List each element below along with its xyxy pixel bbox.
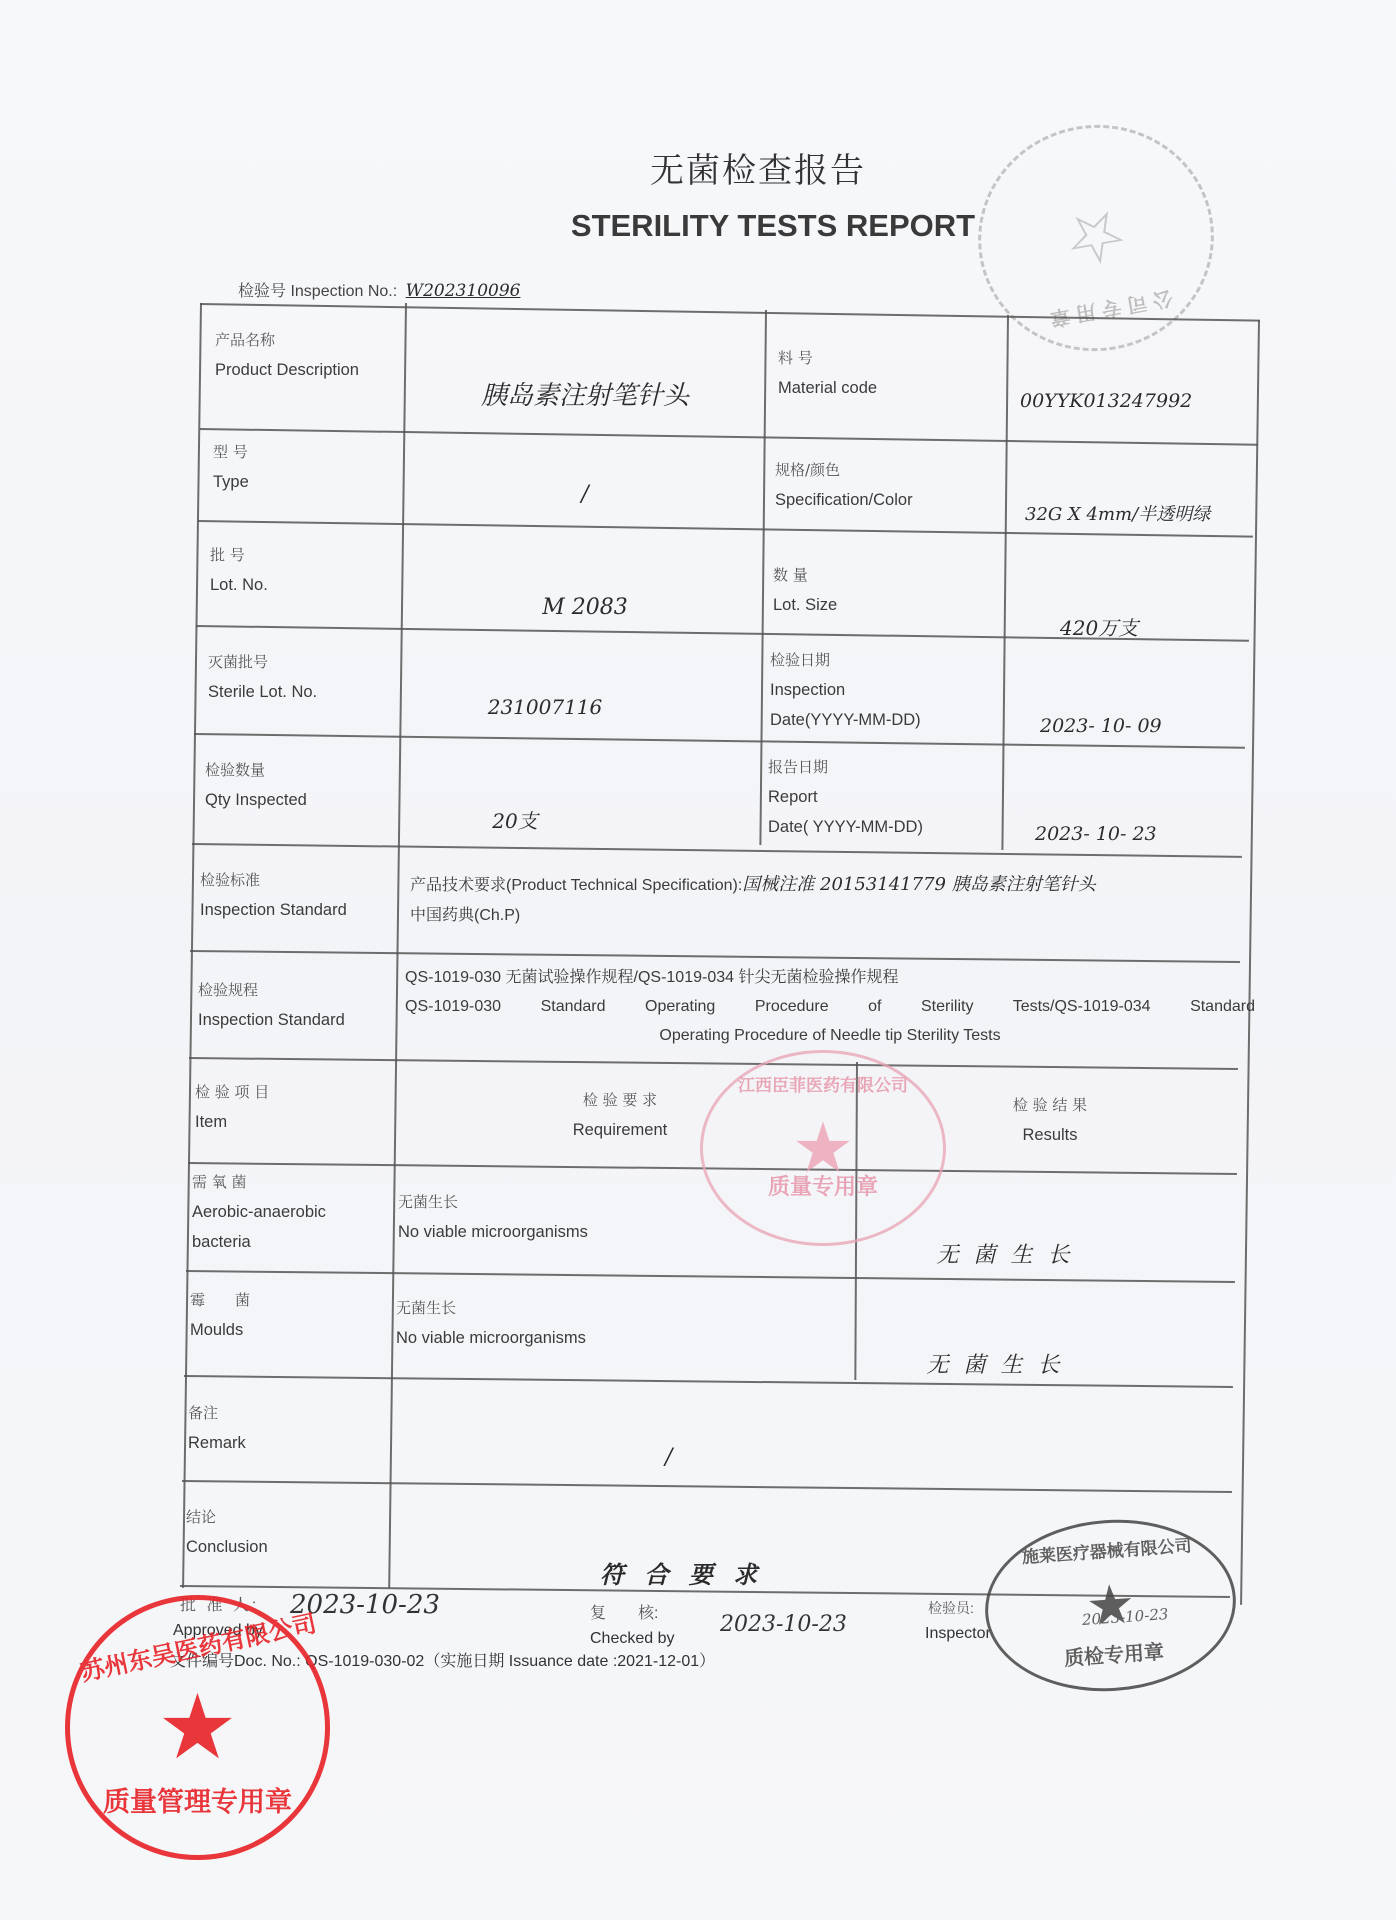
inspection-date-label: 检验日期 Inspection Date(YYYY-MM-DD)	[770, 645, 921, 735]
inspection-standard-label: 检验标准 Inspection Standard	[200, 865, 347, 925]
star-icon: ★	[157, 1683, 238, 1773]
type-value: /	[410, 482, 760, 507]
material-code-value: 00YYK013247992	[1020, 390, 1192, 412]
table-row-requirement: 无菌生长 No viable microorganisms	[398, 1187, 588, 1247]
item-header: 检 验 项 目 Item	[195, 1077, 269, 1137]
lot-size-label: 数 量 Lot. Size	[773, 560, 837, 620]
table-row-result: 无 菌 生 长	[870, 1348, 1120, 1379]
sterile-lot-no-label: 灭菌批号 Sterile Lot. No.	[208, 647, 317, 707]
product-description-value: 胰岛素注射笔针头	[410, 375, 760, 412]
inspection-date-value: 2023- 10- 09	[1040, 715, 1162, 737]
checked-by-signature: 2023-10-23	[720, 1612, 847, 1637]
checked-by-en: Checked by	[590, 1630, 675, 1648]
type-label: 型 号 Type	[213, 437, 249, 497]
document-number: 文件编号Doc. No.: QS-1019-030-02（实施日期 Issuan…	[170, 1648, 715, 1671]
company-stamp-bottom-right: ★ 施莱医疗器械有限公司 质检专用章 2023-10-23	[979, 1511, 1241, 1699]
approved-by-en: Approved by	[173, 1622, 263, 1640]
conclusion-label: 结论 Conclusion	[186, 1502, 268, 1562]
table-row-item: 需 氧 菌 Aerobic-anaerobic bacteria	[192, 1167, 326, 1257]
inspection-procedure-value: QS-1019-030 无菌试验操作规程/QS-1019-034 针尖无菌检验操…	[405, 963, 1255, 1050]
company-stamp-middle: ★ 江西臣菲医药有限公司 质量专用章	[700, 1050, 946, 1246]
inspector-cn: 检验员:	[928, 1598, 974, 1618]
qty-inspected-label: 检验数量 Qty Inspected	[205, 755, 307, 815]
inspection-number-label: 检验号 Inspection No.:	[238, 283, 397, 300]
inspector-en: Inspector	[925, 1625, 991, 1643]
inspection-number-value: W202310096	[406, 281, 521, 301]
table-row-result: 无 菌 生 长	[880, 1238, 1130, 1269]
qty-inspected-value: 20支	[400, 805, 630, 834]
title-cn: 无菌检查报告	[0, 143, 1396, 192]
lot-no-value: M 2083	[410, 595, 760, 620]
requirement-header: 检 验 要 求 Requirement	[520, 1085, 720, 1145]
table-row-item: 霉 菌 Moulds	[190, 1285, 250, 1345]
star-icon: ★	[1084, 1576, 1137, 1634]
material-code-label: 料 号 Material code	[778, 343, 877, 403]
checked-by-cn: 复 核:	[590, 1600, 658, 1623]
inspection-procedure-label: 检验规程 Inspection Standard	[198, 975, 345, 1035]
spec-color-value: 32G X 4mm/半透明绿	[1025, 500, 1210, 526]
sterile-lot-no-value: 231007116	[405, 695, 685, 719]
title-en: STERILITY TESTS REPORT	[0, 208, 1396, 244]
inspection-number: 检验号 Inspection No.: W202310096	[238, 278, 520, 301]
results-header: 检 验 结 果 Results	[950, 1090, 1150, 1150]
report-page: ☆ 公司专用章 无菌检查报告 STERILITY TESTS REPORT 检验…	[0, 0, 1396, 1920]
remark-value: /	[665, 1445, 672, 1470]
lot-no-label: 批 号 Lot. No.	[210, 540, 268, 600]
report-date-value: 2023- 10- 23	[1035, 823, 1157, 845]
table-row-requirement: 无菌生长 No viable microorganisms	[396, 1293, 586, 1353]
remark-label: 备注 Remark	[188, 1398, 246, 1458]
spec-color-label: 规格/颜色 Specification/Color	[775, 455, 913, 515]
report-date-label: 报告日期 Report Date( YYYY-MM-DD)	[768, 752, 923, 842]
inspection-standard-value: 产品技术要求(Product Technical Specification):…	[410, 870, 1260, 931]
conclusion-value: 符 合 要 求	[600, 1555, 763, 1590]
inspector-signature: 2023-10-23	[1081, 1605, 1169, 1629]
product-description-label: 产品名称 Product Description	[215, 325, 359, 385]
approved-by-cn: 批 准 人:	[180, 1592, 259, 1615]
lot-size-value: 420万支	[1060, 612, 1138, 641]
star-icon: ★	[792, 1113, 855, 1183]
approved-by-signature: 2023-10-23	[290, 1590, 440, 1620]
